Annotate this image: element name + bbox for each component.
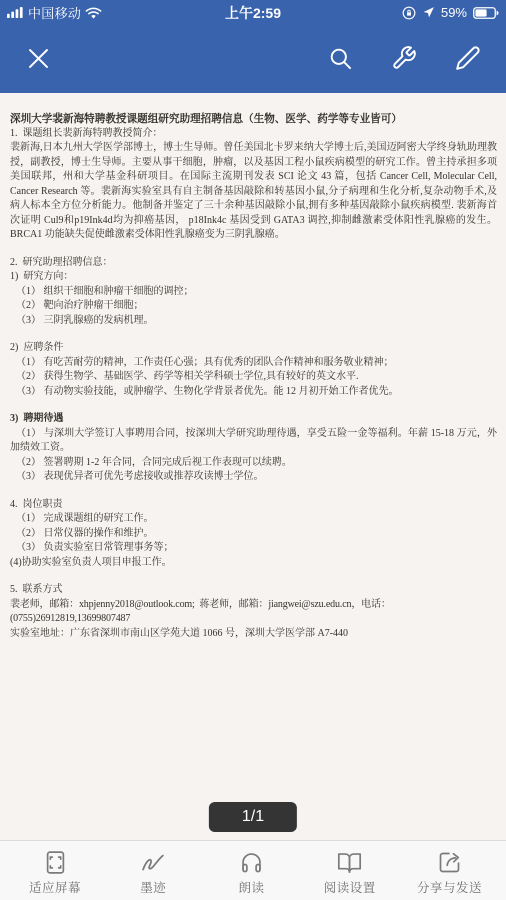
doc-line: （1） 完成课题组的研究工作。	[10, 512, 497, 527]
rotation-lock-icon	[402, 6, 416, 20]
toolbar-item-ink[interactable]: 墨迹	[122, 848, 184, 896]
close-icon	[24, 44, 53, 73]
search-button[interactable]	[324, 42, 356, 74]
battery-icon	[473, 7, 499, 19]
doc-line: 1. 课题组长裴新海特聘教授简介：	[10, 127, 497, 142]
app-bar: 中国移动 上午2:59	[0, 0, 506, 93]
wifi-icon	[85, 7, 102, 19]
search-icon	[327, 45, 354, 72]
doc-line: 裴老师，邮箱：xhpjenny2018@outlook.com; 蒋老师，邮箱：…	[10, 598, 497, 627]
toolbar-item-label: 阅读设置	[324, 878, 376, 896]
doc-line: （2） 获得生物学、基础医学、药学等相关学科硕士学位,具有较好的英文水平.	[10, 370, 497, 385]
carrier-label: 中国移动	[28, 3, 81, 22]
doc-line: （3） 有动物实验技能，或肿瘤学、生物化学背景者优先。能 12 月初开始工作者优…	[10, 385, 497, 400]
edit-button[interactable]	[452, 42, 484, 74]
toolbar-item-share-send[interactable]: 分享与发送	[417, 848, 482, 896]
doc-line: （1） 有吃苦耐劳的精神，工作责任心强；具有优秀的团队合作精神和服务敬业精神；	[10, 356, 497, 371]
share-send-icon	[436, 848, 463, 876]
document-page[interactable]: 深圳大学裴新海特聘教授课题组研究助理招聘信息（生物、医学、药学等专业皆可）1. …	[0, 93, 506, 840]
fit-screen-icon	[42, 848, 69, 876]
ink-icon	[139, 848, 167, 876]
location-arrow-icon	[422, 6, 435, 19]
doc-line: 裴新海,日本九州大学医学部博士，博士生导师。曾任美国北卡罗来纳大学博士后,美国迈…	[10, 141, 497, 243]
reading-settings-icon	[336, 848, 363, 876]
doc-line: (4)协助实验室负责人项目申报工作。	[10, 556, 497, 571]
document-toolbar	[0, 25, 506, 91]
doc-line: （1） 与深圳大学签订人事聘用合同，按深圳大学研究助理待遇，享受五险一金等福利。…	[10, 427, 497, 456]
doc-line: （3） 负责实验室日常管理事务等；	[10, 541, 497, 556]
document-viewer-app: { "status_bar": { "carrier": "中国移动", "ti…	[0, 0, 506, 900]
doc-line: （2） 签署聘期 1-2 年合同，合同完成后视工作表现可以续聘。	[10, 456, 497, 471]
tools-button[interactable]	[388, 42, 420, 74]
toolbar-item-label: 朗读	[238, 878, 264, 896]
toolbar-item-fit-screen[interactable]: 适应屏幕	[24, 848, 86, 896]
battery-percent-label: 59%	[441, 5, 467, 20]
bottom-toolbar: 适应屏幕墨迹朗读阅读设置分享与发送	[0, 840, 506, 900]
doc-line: 2. 研究助理招聘信息：	[10, 256, 497, 271]
doc-line: 实验室地址：广东省深圳市南山区学苑大道 1066 号，深圳大学医学部 A7-44…	[10, 627, 497, 642]
doc-line: （2） 日常仪器的操作和维护。	[10, 527, 497, 542]
doc-line: 2) 应聘条件	[10, 341, 497, 356]
doc-line: （3） 三阴乳腺癌的发病机理。	[10, 314, 497, 329]
wrench-icon	[391, 45, 417, 71]
doc-line: 4. 岗位职责	[10, 498, 497, 513]
read-aloud-icon	[238, 848, 265, 876]
toolbar-item-label: 分享与发送	[417, 878, 482, 896]
doc-line: （2） 靶向治疗肿瘤干细胞；	[10, 299, 497, 314]
toolbar-item-read-aloud[interactable]: 朗读	[220, 848, 282, 896]
doc-line: 5. 联系方式	[10, 583, 497, 598]
pencil-icon	[455, 45, 481, 71]
toolbar-item-label: 适应屏幕	[29, 878, 81, 896]
toolbar-item-reading-settings[interactable]: 阅读设置	[319, 848, 381, 896]
doc-line: 1) 研究方向：	[10, 270, 497, 285]
doc-title: 深圳大学裴新海特聘教授课题组研究助理招聘信息（生物、医学、药学等专业皆可）	[10, 112, 497, 127]
toolbar-item-label: 墨迹	[140, 878, 166, 896]
signal-strength-icon	[7, 7, 24, 18]
page-indicator-badge: 1/1	[209, 802, 297, 832]
doc-line: （1） 组织干细胞和肿瘤干细胞的调控；	[10, 285, 497, 300]
doc-line: （3） 表现优异者可优先考虑接收或推荐攻读博士学位。	[10, 470, 497, 485]
doc-line: 3) 聘期待遇	[10, 412, 497, 427]
status-bar: 中国移动 上午2:59	[0, 0, 506, 25]
close-button[interactable]	[22, 42, 54, 74]
